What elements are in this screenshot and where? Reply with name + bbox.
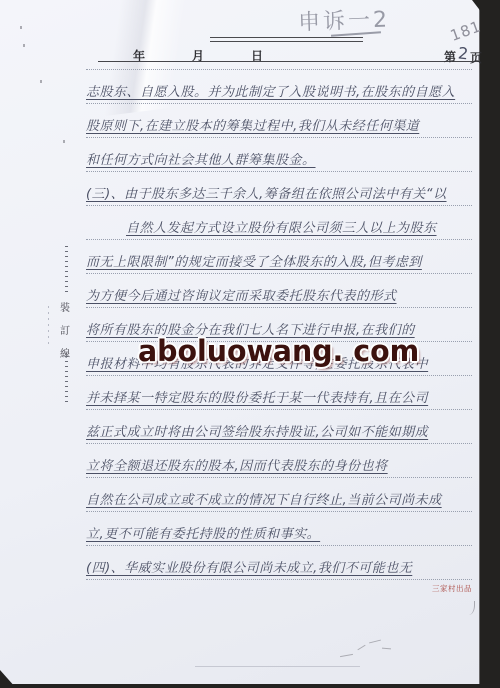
scan-speck	[63, 140, 65, 143]
scan-speck	[40, 80, 42, 83]
handwriting-text: 兹正式成立时将由公司签给股东持股证,公司如不能如期成	[86, 421, 472, 443]
handwriting-line: 兹正式成立时将由公司签给股东持股证,公司如不能如期成	[86, 410, 472, 444]
pencil-scribble	[382, 648, 391, 650]
page-number-prefix: 第	[444, 48, 456, 65]
scan-corner-bottom-left	[0, 670, 16, 688]
binding-faint-line	[48, 306, 49, 344]
binding-label-char: 裝	[60, 299, 70, 314]
handwriting-text: (三)、由于股东多达三千余人,筹备组在依照公司法中有关“以	[86, 183, 472, 205]
handwriting-line: 立将全额退还股东的股本,因而代表股东的身份也将	[86, 444, 472, 478]
handwriting-text: 自然人发起方式设立股份有限公司须三人以上为股东	[86, 217, 472, 239]
handwriting-text: 并未择某一特定股东的股份委托于某一代表持有,且在公司	[86, 387, 472, 409]
header-rule-line	[98, 61, 479, 62]
document-page: 申诉一2 181 年 月 日 第 2 页 志股东、自愿入股。并为此制定了入股说明…	[0, 0, 479, 684]
handwriting-line: 并未择某一特定股东的股份委托于某一代表持有,且在公司	[86, 376, 472, 410]
faint-bottom-line	[195, 666, 360, 667]
footer-credit: 三家村出品	[432, 583, 472, 594]
handwriting-line: 为方便今后通过咨询议定而采取委托股东代表的形式	[86, 274, 472, 308]
scan-corner-top-right	[472, 0, 482, 13]
handwriting-text: 立将全额退还股东的股本,因而代表股东的身份也将	[86, 455, 472, 477]
handwriting-line: 股原则下,在建立股本的筹集过程中,我们从未经任何渠道	[86, 104, 472, 138]
handwriting-text: 自然在公司成立或不成立的情况下自行终止,当前公司尚未成	[86, 489, 472, 511]
scan-speck	[23, 44, 25, 47]
handwriting-line: 而无上限限制”的规定而接受了全体股东的入股,但考虑到	[86, 240, 472, 274]
handwriting-line: (三)、由于股东多达三千余人,筹备组在依照公司法中有关“以	[86, 172, 472, 206]
scan-speck	[20, 26, 22, 29]
handwriting-line: (四)、华威实业股份有限公司尚未成立,我们不可能也无	[86, 546, 472, 580]
handwriting-text: 和任何方式向社会其他人群筹集股金。	[86, 149, 472, 171]
handwriting-line: 和任何方式向社会其他人群筹集股金。	[86, 138, 472, 172]
binding-dash-marks	[65, 356, 68, 406]
handwritten-body: 志股东、自愿入股。并为此制定了入股说明书,在股东的自愿入 股原则下,在建立股本的…	[86, 69, 472, 580]
site-watermark: aboluowang. com	[138, 334, 419, 368]
handwriting-text: 志股东、自愿入股。并为此制定了入股说明书,在股东的自愿入	[86, 81, 472, 103]
pencil-scribble	[369, 640, 381, 644]
handwriting-line: 志股东、自愿入股。并为此制定了入股说明书,在股东的自愿入	[86, 70, 472, 104]
scanner-background: 申诉一2 181 年 月 日 第 2 页 志股东、自愿入股。并为此制定了入股说明…	[0, 0, 500, 688]
binding-dash-marks	[65, 246, 68, 296]
double-rule-line	[210, 37, 363, 42]
handwriting-line: 自然在公司成立或不成立的情况下自行终止,当前公司尚未成	[86, 478, 472, 512]
handwriting-text: 股原则下,在建立股本的筹集过程中,我们从未经任何渠道	[86, 115, 472, 137]
binding-label-char: 訂	[60, 322, 70, 337]
handwriting-text: 为方便今后通过咨询议定而采取委托股东代表的形式	[86, 285, 472, 307]
pencil-scribble	[340, 654, 353, 657]
page-number-value: 2	[457, 44, 469, 64]
page-number-suffix: 页	[470, 49, 482, 66]
pencil-page-number: 181	[448, 17, 484, 45]
pencil-scribble	[357, 645, 365, 651]
handwriting-text: 立,更不可能有委托持股的性质和事实。	[86, 523, 472, 545]
handwriting-line: 立,更不可能有委托持股的性质和事实。	[86, 512, 472, 546]
handwriting-text: 而无上限限制”的规定而接受了全体股东的入股,但考虑到	[86, 251, 472, 273]
handwriting-line: 自然人发起方式设立股份有限公司须三人以上为股东	[86, 206, 472, 240]
handwriting-text: (四)、华威实业股份有限公司尚未成立,我们不可能也无	[86, 557, 472, 579]
pencil-arc-mark	[466, 601, 475, 615]
